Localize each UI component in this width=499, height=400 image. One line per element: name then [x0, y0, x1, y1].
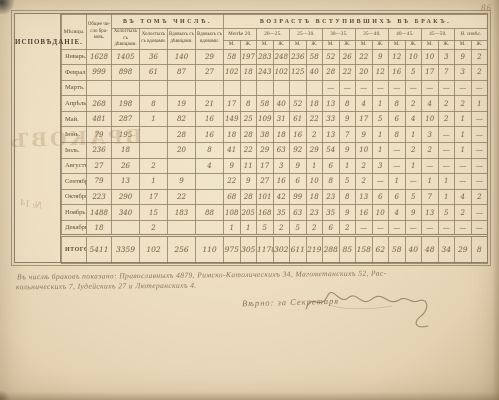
scanned-document-page: 86 БРАКОВЪ № 14 ИСПОВѢДАНІЕ. Мѣсяцы. Общ… — [0, 0, 499, 400]
sex-col-header: Ж. — [438, 40, 455, 49]
data-cell: 2 — [422, 142, 439, 158]
data-cell: 140 — [168, 49, 196, 65]
month-rows: Январь. 1628 1405 36 140 29 58 197 283 2… — [62, 49, 488, 236]
data-cell: — — [438, 80, 455, 96]
data-cell: 4 — [422, 96, 439, 112]
data-cell: 17 — [257, 158, 274, 174]
data-cell: 28 — [240, 127, 257, 143]
data-cell: 2 — [273, 220, 290, 236]
data-cell: 26 — [339, 49, 356, 65]
data-cell — [140, 80, 168, 96]
data-cell: 9 — [405, 205, 422, 221]
data-cell: 28 — [323, 65, 340, 81]
data-cell: 3 — [372, 158, 389, 174]
data-cell: 62 — [372, 236, 389, 263]
data-cell: 1 — [438, 174, 455, 190]
data-cell: 16 — [196, 111, 224, 127]
data-cell: 9 — [240, 174, 257, 190]
data-cell: 183 — [168, 205, 196, 221]
sex-col-header: Ж. — [471, 40, 488, 49]
data-cell: 2 — [306, 127, 323, 143]
data-cell: 1 — [455, 127, 472, 143]
data-cell: 1 — [240, 220, 257, 236]
data-cell — [224, 80, 241, 96]
data-cell: 2 — [438, 111, 455, 127]
data-cell: 2 — [405, 142, 422, 158]
age-group-header: 20—25. — [257, 29, 290, 41]
data-cell: 2 — [356, 158, 373, 174]
data-cell: 13 — [323, 96, 340, 112]
data-cell — [290, 80, 307, 96]
group-header-age: ВОЗРАСТЪ ВСТУПИВШИХЪ ВЪ БРАКЪ. — [224, 15, 488, 29]
data-cell: 5 — [372, 111, 389, 127]
data-cell: 2 — [455, 96, 472, 112]
data-cell: — — [405, 80, 422, 96]
data-cell: 4 — [196, 158, 224, 174]
data-cell: — — [372, 174, 389, 190]
data-cell: 48 — [422, 236, 439, 263]
data-cell: 31 — [273, 111, 290, 127]
data-cell: 68 — [224, 189, 241, 205]
confession-column: ИСПОВѢДАНІЕ. — [15, 14, 61, 262]
data-cell: 268 — [87, 96, 112, 112]
table-row: Сентябрь. 79 13 1 9 22 9 27 16 6 10 8 5 — [62, 174, 488, 190]
data-cell: 1 — [405, 127, 422, 143]
table-row: Май. 481 287 1 82 16 149 25 109 31 61 22… — [62, 111, 488, 127]
data-cell: 198 — [112, 96, 140, 112]
kind-header: Холостыхъ съ вдовами. — [140, 29, 168, 50]
data-cell: 42 — [273, 189, 290, 205]
data-cell: 29 — [306, 142, 323, 158]
data-cell: 58 — [224, 49, 241, 65]
data-cell — [196, 174, 224, 190]
sex-col-header: М. — [389, 40, 406, 49]
data-cell: — — [422, 158, 439, 174]
table-row: Декабрь. 18 2 1 1 5 2 5 2 6 2 — [62, 220, 488, 236]
data-cell: 8 — [323, 174, 340, 190]
data-cell: 1 — [224, 220, 241, 236]
data-cell: 5 — [339, 174, 356, 190]
data-cell — [240, 80, 257, 96]
data-cell: 898 — [112, 65, 140, 81]
sex-col-header: Ж. — [240, 40, 257, 49]
data-cell: 61 — [290, 111, 307, 127]
row-label: Іюль. — [62, 142, 87, 158]
age-group-header: Н. извѣс. — [455, 29, 488, 41]
data-cell: 16 — [290, 127, 307, 143]
data-cell: 40 — [405, 236, 422, 263]
data-cell: 197 — [240, 49, 257, 65]
data-cell: 3 — [273, 158, 290, 174]
data-cell: — — [389, 220, 406, 236]
row-label: Октябрь. — [62, 189, 87, 205]
data-cell: 1 — [455, 142, 472, 158]
data-cell: 27 — [87, 158, 112, 174]
data-cell: — — [323, 80, 340, 96]
table-row: Іюль. 236 18 20 8 41 22 29 63 92 29 54 9 — [62, 142, 488, 158]
kind-header: Холостыхъ съ дѣвицами. — [112, 29, 140, 50]
data-cell: 125 — [290, 65, 307, 81]
data-cell: 58 — [389, 236, 406, 263]
data-cell: 27 — [257, 174, 274, 190]
data-cell: 58 — [306, 49, 323, 65]
data-cell: 13 — [356, 189, 373, 205]
data-cell — [140, 142, 168, 158]
data-cell: — — [372, 220, 389, 236]
data-cell: 38 — [257, 127, 274, 143]
data-cell: 5 — [257, 220, 274, 236]
data-cell: — — [356, 220, 373, 236]
data-cell: 340 — [112, 205, 140, 221]
data-cell: 18 — [112, 142, 140, 158]
data-cell: 4 — [356, 96, 373, 112]
sex-col-header: М. — [224, 40, 241, 49]
data-cell: — — [471, 220, 488, 236]
data-cell: 5411 — [87, 236, 112, 263]
data-cell — [168, 158, 196, 174]
data-cell: 236 — [87, 142, 112, 158]
data-cell: 13 — [112, 174, 140, 190]
data-cell: 223 — [87, 189, 112, 205]
data-cell: 219 — [306, 236, 323, 263]
data-cell: 168 — [257, 205, 274, 221]
data-cell: 2 — [306, 220, 323, 236]
data-cell: 17 — [356, 111, 373, 127]
data-cell: 1 — [389, 174, 406, 190]
data-cell: 102 — [273, 65, 290, 81]
data-cell — [273, 80, 290, 96]
data-cell: 28 — [240, 189, 257, 205]
data-cell: 16 — [196, 127, 224, 143]
data-grid: Мѣсяцы. Общее чи- сло бра- ковъ. ВЪ ТОМЪ… — [61, 14, 488, 264]
table-row: Мартъ. — — — — [62, 80, 488, 96]
sex-col-header: Ж. — [372, 40, 389, 49]
data-cell: 6 — [372, 189, 389, 205]
data-cell: 79 — [87, 127, 112, 143]
total-column-header: Общее чи- сло бра- ковъ. — [87, 15, 112, 50]
data-cell: 20 — [356, 65, 373, 81]
totals-row: ИТОГО 5411 3359 102 256 110 975 305 1178… — [62, 236, 488, 263]
data-cell: 63 — [290, 205, 307, 221]
data-cell: 3 — [438, 49, 455, 65]
data-cell: 12 — [372, 65, 389, 81]
age-group-header: 35—40. — [356, 29, 389, 41]
data-cell: 36 — [140, 49, 168, 65]
data-cell: 6 — [389, 189, 406, 205]
data-cell: 975 — [224, 236, 241, 263]
data-cell: 1 — [438, 189, 455, 205]
data-cell: 243 — [257, 65, 274, 81]
data-cell: 290 — [112, 189, 140, 205]
group-header-in-total: ВЪ ТОМЪ ЧИСЛѢ. — [112, 15, 224, 29]
table-row: Ноябрь. 1488 340 15 183 88 108 205 168 3… — [62, 205, 488, 221]
data-cell: 283 — [257, 49, 274, 65]
page-number: 86 — [481, 3, 492, 13]
data-cell: 4 — [389, 205, 406, 221]
data-cell: 18 — [87, 220, 112, 236]
data-cell: 25 — [240, 111, 257, 127]
confession-header: ИСПОВѢДАНІЕ. — [15, 38, 60, 46]
data-cell: 22 — [339, 65, 356, 81]
data-cell: — — [438, 127, 455, 143]
data-cell: 611 — [290, 236, 307, 263]
data-cell: 10 — [356, 142, 373, 158]
data-cell: 92 — [290, 142, 307, 158]
table-row: Апрѣль. 268 198 8 19 21 17 8 58 40 52 18… — [62, 96, 488, 112]
data-cell — [257, 80, 274, 96]
data-cell: 4 — [455, 189, 472, 205]
data-cell: 79 — [87, 174, 112, 190]
age-group-header: Менѣе 20. — [224, 29, 257, 41]
data-cell: 17 — [422, 65, 439, 81]
data-cell: — — [356, 80, 373, 96]
data-cell: 85 — [339, 236, 356, 263]
data-cell: 10 — [405, 49, 422, 65]
data-cell: 41 — [224, 142, 241, 158]
data-cell: 35 — [273, 205, 290, 221]
data-cell: 7 — [339, 127, 356, 143]
row-label: Августъ. — [62, 158, 87, 174]
data-cell: 1 — [339, 158, 356, 174]
data-cell: 52 — [290, 96, 307, 112]
data-cell: — — [455, 220, 472, 236]
data-cell: 8 — [196, 142, 224, 158]
data-cell: 35 — [323, 205, 340, 221]
data-cell: 102 — [224, 65, 241, 81]
data-cell: 82 — [168, 111, 196, 127]
data-cell: 6 — [389, 111, 406, 127]
marriage-statistics-table: ИСПОВѢДАНІЕ. Мѣсяцы. Общее чи- сло бра- … — [14, 13, 488, 263]
data-cell: 9 — [339, 205, 356, 221]
data-cell: 1628 — [87, 49, 112, 65]
data-cell: 9 — [224, 158, 241, 174]
table-row: Февраль. 999 898 61 87 27 102 18 243 102… — [62, 65, 488, 81]
data-cell: 40 — [306, 65, 323, 81]
signature-flourish — [300, 283, 440, 331]
data-cell: 5 — [405, 189, 422, 205]
sex-col-header: Ж. — [306, 40, 323, 49]
data-cell: 23 — [323, 189, 340, 205]
data-cell: — — [471, 111, 488, 127]
data-cell: 2 — [438, 96, 455, 112]
data-cell: 205 — [240, 205, 257, 221]
data-cell: 9 — [339, 111, 356, 127]
data-cell: 15 — [140, 205, 168, 221]
data-cell: — — [372, 80, 389, 96]
row-label: Сентябрь. — [62, 174, 87, 190]
data-cell: 1 — [372, 127, 389, 143]
data-cell: — — [405, 220, 422, 236]
data-cell: 88 — [196, 205, 224, 221]
data-cell — [87, 80, 112, 96]
data-cell: 10 — [306, 174, 323, 190]
data-cell: 256 — [168, 236, 196, 263]
data-cell: 7 — [438, 65, 455, 81]
data-cell: 58 — [257, 96, 274, 112]
data-cell: — — [471, 158, 488, 174]
data-cell: 6 — [290, 174, 307, 190]
data-cell: 101 — [257, 189, 274, 205]
data-cell: 102 — [140, 236, 168, 263]
data-cell: 22 — [240, 142, 257, 158]
data-cell: 7 — [422, 189, 439, 205]
data-cell: 54 — [323, 142, 340, 158]
data-cell: 110 — [196, 236, 224, 263]
data-cell: 28 — [168, 127, 196, 143]
data-cell: — — [455, 158, 472, 174]
data-cell: 6 — [323, 220, 340, 236]
row-label: Февраль. — [62, 65, 87, 81]
data-cell: — — [422, 220, 439, 236]
data-cell: 8 — [389, 96, 406, 112]
data-cell: 18 — [240, 65, 257, 81]
sex-col-header: М. — [323, 40, 340, 49]
data-cell: — — [471, 127, 488, 143]
table-row: Январь. 1628 1405 36 140 29 58 197 283 2… — [62, 49, 488, 65]
sex-col-header: Ж. — [273, 40, 290, 49]
data-cell: 1 — [422, 174, 439, 190]
data-cell: 99 — [290, 189, 307, 205]
kind-header: Вдовыхъ съ вдовами. — [196, 29, 224, 50]
data-cell: 22 — [356, 49, 373, 65]
table-row: Іюнь. 79 195 28 16 18 28 38 18 16 2 13 7 — [62, 127, 488, 143]
data-cell: 33 — [323, 111, 340, 127]
data-cell: 3359 — [112, 236, 140, 263]
data-cell: 13 — [323, 127, 340, 143]
data-cell: 108 — [224, 205, 241, 221]
data-cell — [168, 80, 196, 96]
data-cell: 3 — [422, 127, 439, 143]
data-cell: 61 — [140, 65, 168, 81]
data-cell: 9 — [455, 49, 472, 65]
data-cell: 9 — [168, 174, 196, 190]
totals-label: ИТОГО — [62, 236, 87, 263]
data-cell — [140, 127, 168, 143]
data-cell: — — [471, 142, 488, 158]
page-edge-shadow-bottom — [0, 392, 499, 400]
data-cell — [306, 80, 323, 96]
data-cell: 2 — [356, 174, 373, 190]
data-cell: 9 — [290, 158, 307, 174]
data-cell: 52 — [323, 49, 340, 65]
handwritten-note-line-1: Въ числѣ браковъ показано: Православныхъ… — [17, 268, 469, 282]
data-cell: 1 — [471, 96, 488, 112]
data-cell: 11 — [240, 158, 257, 174]
table-row: Октябрь. 223 290 17 22 68 28 101 42 99 1… — [62, 189, 488, 205]
data-cell — [168, 220, 196, 236]
data-cell: — — [455, 174, 472, 190]
data-cell: 4 — [405, 111, 422, 127]
data-cell — [112, 80, 140, 96]
data-cell: — — [422, 80, 439, 96]
row-label: Ноябрь. — [62, 205, 87, 221]
data-cell: 1488 — [87, 205, 112, 221]
data-cell: 1 — [372, 142, 389, 158]
handwritten-note-line-2: кольническихъ 7, Іудейскихъ 27 и Лютеран… — [16, 280, 316, 292]
data-cell: 87 — [168, 65, 196, 81]
data-cell: 18 — [273, 127, 290, 143]
data-cell: 12 — [389, 49, 406, 65]
data-cell: 1 — [140, 111, 168, 127]
data-cell: 5 — [290, 220, 307, 236]
data-cell: 18 — [306, 96, 323, 112]
data-cell — [196, 189, 224, 205]
data-cell: 8 — [471, 236, 488, 263]
data-cell: 2 — [455, 205, 472, 221]
data-cell: 2 — [140, 220, 168, 236]
data-cell: 481 — [87, 111, 112, 127]
data-cell: — — [389, 142, 406, 158]
data-cell: 5 — [405, 65, 422, 81]
data-cell: — — [438, 220, 455, 236]
data-cell: 158 — [356, 236, 373, 263]
data-cell: 10 — [422, 111, 439, 127]
data-cell: 34 — [438, 236, 455, 263]
data-cell: 109 — [257, 111, 274, 127]
data-cell: 248 — [273, 49, 290, 65]
row-label: Май. — [62, 111, 87, 127]
data-cell: 16 — [273, 174, 290, 190]
data-cell: 287 — [112, 111, 140, 127]
corner-smudge — [0, 0, 16, 14]
data-cell: 9 — [339, 142, 356, 158]
data-cell: 1178 — [257, 236, 274, 263]
data-cell: 8 — [240, 96, 257, 112]
sex-col-header: М. — [257, 40, 274, 49]
data-cell — [196, 80, 224, 96]
sex-col-header: М. — [455, 40, 472, 49]
data-cell — [112, 220, 140, 236]
data-cell: 8 — [339, 189, 356, 205]
data-cell: 5 — [438, 205, 455, 221]
row-label: Январь. — [62, 49, 87, 65]
kind-header: Вдовыхъ съ дѣвицами. — [168, 29, 196, 50]
page-edge-shadow-right — [492, 0, 499, 400]
data-cell: 1 — [405, 158, 422, 174]
data-cell: 2 — [471, 189, 488, 205]
data-cell: 29 — [257, 142, 274, 158]
data-cell: — — [471, 80, 488, 96]
data-cell: 1 — [372, 96, 389, 112]
data-cell: 22 — [168, 189, 196, 205]
sex-col-header: М. — [290, 40, 307, 49]
data-cell: 1 — [306, 158, 323, 174]
data-cell — [196, 220, 224, 236]
sex-col-header: М. — [422, 40, 439, 49]
row-label: Апрѣль. — [62, 96, 87, 112]
data-cell: 9 — [372, 49, 389, 65]
data-cell: — — [455, 80, 472, 96]
data-cell: 6 — [323, 158, 340, 174]
data-cell: — — [405, 174, 422, 190]
data-cell: 16 — [389, 65, 406, 81]
data-cell: 9 — [356, 127, 373, 143]
age-group-header: 30—35. — [323, 29, 356, 41]
data-cell: 288 — [323, 236, 340, 263]
data-cell: 18 — [224, 127, 241, 143]
data-cell: — — [389, 80, 406, 96]
data-cell: 18 — [306, 189, 323, 205]
data-cell: 23 — [306, 205, 323, 221]
data-cell: 17 — [140, 189, 168, 205]
age-group-header: 45—50. — [422, 29, 455, 41]
data-cell: 22 — [306, 111, 323, 127]
data-cell: 27 — [196, 65, 224, 81]
data-cell: 2 — [140, 158, 168, 174]
data-cell: 8 — [140, 96, 168, 112]
row-label: Мартъ. — [62, 80, 87, 96]
data-cell: 2 — [471, 49, 488, 65]
